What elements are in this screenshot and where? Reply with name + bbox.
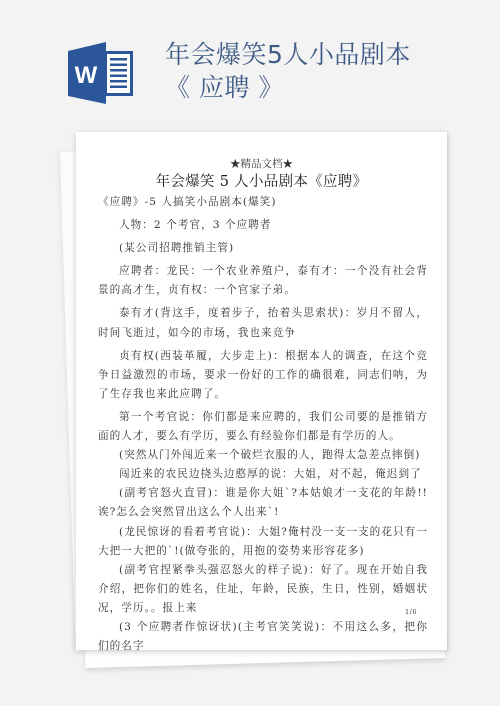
paragraph-dialogue: 闯近来的农民边挠头边憨厚的说：大姐，对不起，俺迟到了: [98, 465, 428, 484]
page-number: 1/6: [405, 608, 417, 616]
document-title: 年会爆笑 5 人小品剧本《应聘》: [76, 170, 447, 191]
paragraph-dialogue: 第一个考官说：你们都是来应聘的，我们公司要的是推销方面的人才，要么有学历，要么有…: [98, 408, 428, 446]
document-body: 《应聘》-5 人搞笑小品剧本(爆笑) 人物：2 个考官，3 个应聘者 (某公司招…: [98, 193, 428, 656]
paragraph-characters: 人物：2 个考官，3 个应聘者: [98, 216, 428, 235]
page-title: 年会爆笑5人小品剧本 《 应聘 》: [165, 38, 465, 104]
paragraph-subtitle: 《应聘》-5 人搞笑小品剧本(爆笑): [98, 193, 428, 212]
title-line-1: 年会爆笑5人小品剧本: [165, 38, 465, 71]
paragraph-dialogue: 泰有才(背这手，度着步子，抬着头思索状)：岁月不留人，时间飞逝过，如今的市场，我…: [98, 304, 428, 342]
paragraph-dialogue: (副考官怒火直冒)：谁是你大姐`?本姑娘才一支花的年龄!!诶?怎么会突然冒出这么…: [98, 484, 428, 522]
paragraph-dialogue: (3 个应聘者作惊讶状)(主考官笑笑说)：不用这么多，把你们的名字: [98, 618, 428, 656]
header: W 年会爆笑5人小品剧本 《 应聘 》: [0, 0, 500, 125]
paragraph-stage-direction: (突然从门外闯近来一个破烂衣服的人，跑得太急差点摔倒): [98, 446, 428, 465]
paragraph-dialogue: 贞有权(西装革履，大步走上)：根据本人的调查，在这个竞争日益激烈的市场，要求一份…: [98, 347, 428, 404]
paragraph-applicants: 应聘者：龙民：一个农业养殖户，泰有才：一个没有社会背景的高才生，贞有权：一个官家…: [98, 262, 428, 300]
document-badge: ★精品文档★: [76, 156, 447, 171]
paragraph-dialogue: (副考官捏紧拳头强忍怒火的样子说)：好了。现在开始自我介绍，把你们的姓名，住址，…: [98, 561, 428, 618]
paragraph-scene: (某公司招聘推销主管): [98, 239, 428, 258]
title-line-2: 《 应聘 》: [165, 71, 465, 104]
paragraph-dialogue: (龙民惊讶的看着考官说)：大姐?俺村没一支一支的花只有一大把一大把的`!(做夸张…: [98, 523, 428, 561]
document-page: ★精品文档★ 年会爆笑 5 人小品剧本《应聘》 《应聘》-5 人搞笑小品剧本(爆…: [76, 132, 447, 650]
word-document-icon: W: [68, 42, 134, 104]
svg-text:W: W: [75, 62, 98, 89]
